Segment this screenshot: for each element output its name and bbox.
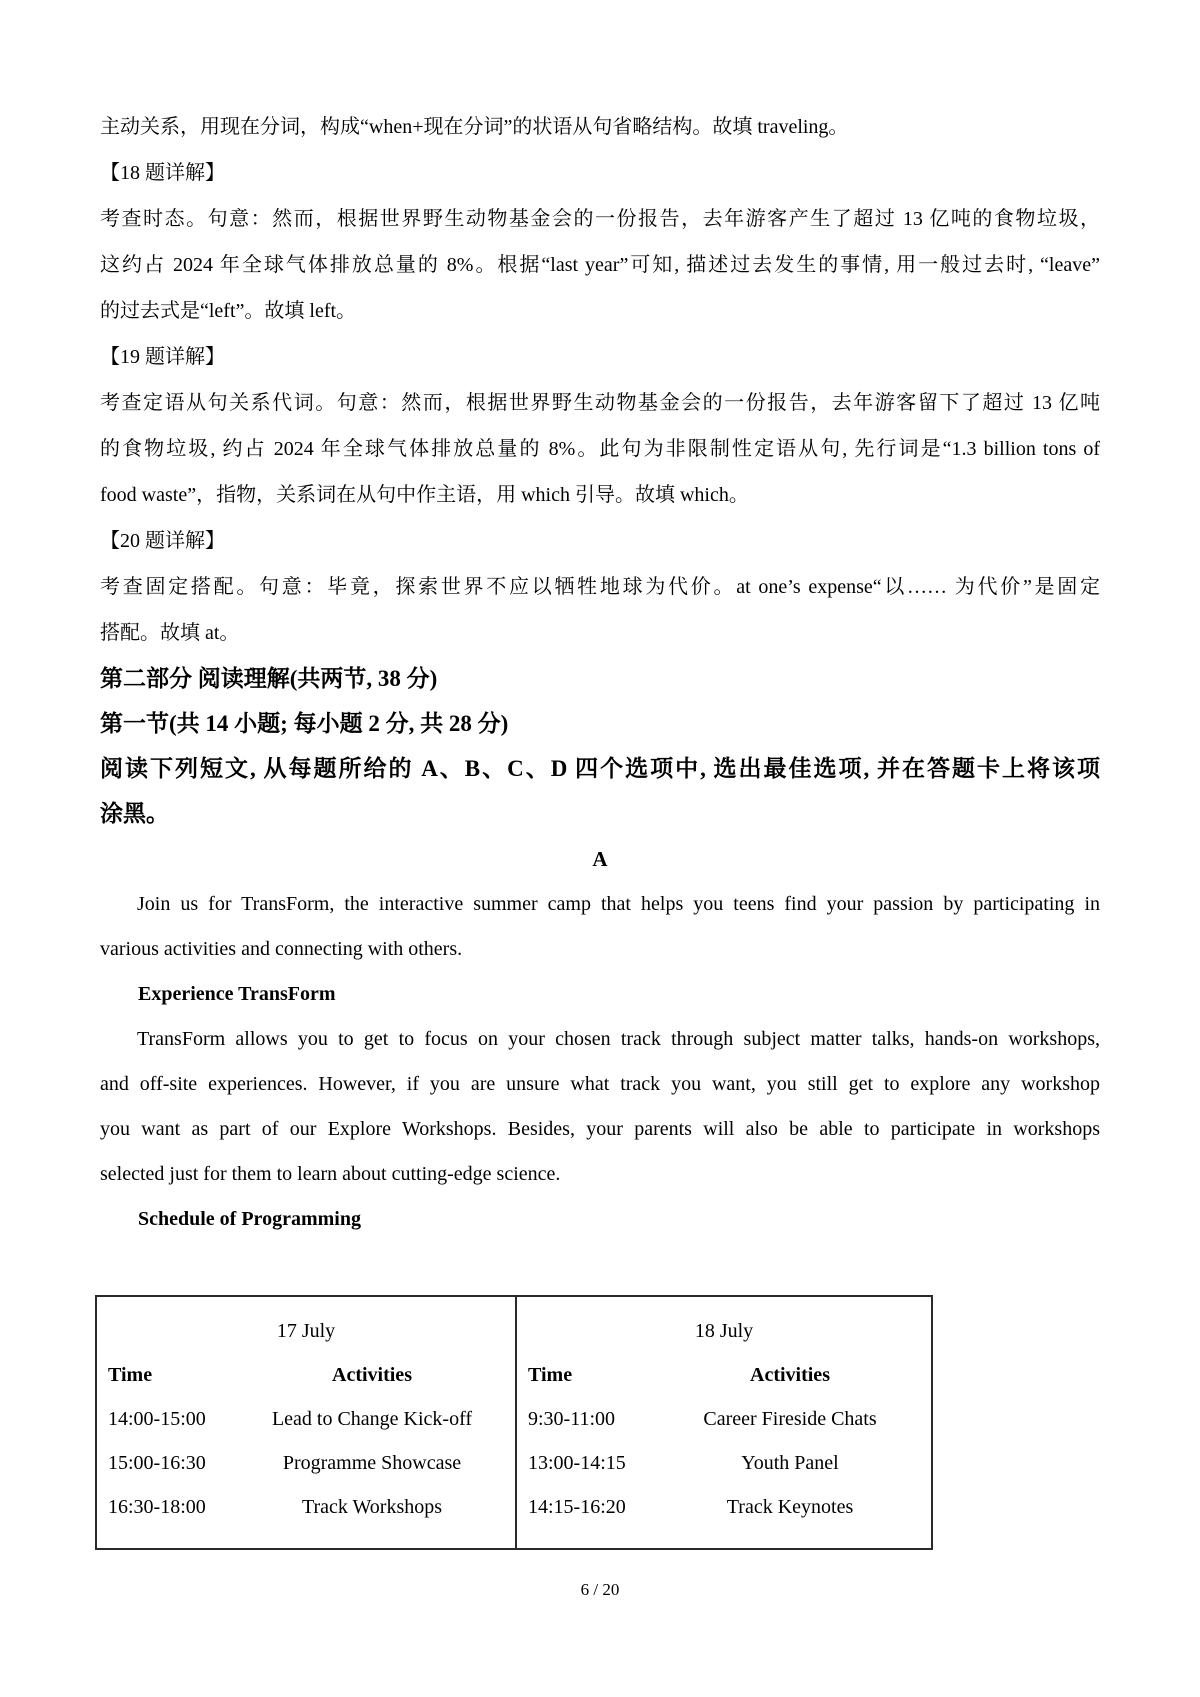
text-line: 这约占 2024 年全球气体排放总量的 8%。根据“last year”可知, … [100, 242, 1100, 288]
section-2-heading: 第二部分 阅读理解(共两节, 38 分) [100, 656, 1100, 701]
question-18-heading: 【18 题详解】 [100, 150, 1100, 196]
schedule-column-17-july: 17 July Time Activities 14:00-15:00 Lead… [97, 1297, 517, 1548]
table-row: 14:15-16:20 Track Keynotes [517, 1485, 931, 1529]
section-2-part-1-heading: 第一节(共 14 小题; 每小题 2 分, 共 28 分) [100, 701, 1100, 746]
question-20-heading: 【20 题详解】 [100, 518, 1100, 564]
schedule-column-18-july: 18 July Time Activities 9:30-11:00 Caree… [517, 1297, 931, 1548]
time-cell: 9:30-11:00 [517, 1397, 649, 1441]
activity-cell: Lead to Change Kick-off [229, 1397, 515, 1441]
table-row: 16:30-18:00 Track Workshops [97, 1485, 515, 1529]
passage-line: various activities and connecting with o… [100, 927, 1100, 972]
activity-cell: Programme Showcase [229, 1441, 515, 1485]
text-line: 考查固定搭配。句意：毕竟，探索世界不应以牺牲地球为代价。at one’s exp… [100, 564, 1100, 610]
date-header: 18 July [517, 1309, 931, 1353]
table-header-row: Time Activities [97, 1353, 515, 1397]
time-cell: 15:00-16:30 [97, 1441, 229, 1485]
passage-line: and off-site experiences. However, if yo… [100, 1062, 1100, 1107]
table-header-row: Time Activities [517, 1353, 931, 1397]
passage-line: selected just for them to learn about cu… [100, 1152, 1100, 1197]
question-19-heading: 【19 题详解】 [100, 334, 1100, 380]
table-row: 15:00-16:30 Programme Showcase [97, 1441, 515, 1485]
table-row: 9:30-11:00 Career Fireside Chats [517, 1397, 931, 1441]
activity-cell: Career Fireside Chats [649, 1397, 931, 1441]
text-line: 考查定语从句关系代词。句意：然而，根据世界野生动物基金会的一份报告，去年游客留下… [100, 380, 1100, 426]
passage-line: you want as part of our Explore Workshop… [100, 1107, 1100, 1152]
page-number: 6 / 20 [100, 1579, 1100, 1601]
activities-column-header: Activities [229, 1353, 515, 1397]
time-cell: 14:15-16:20 [517, 1485, 649, 1529]
text-line: 搭配。故填 at。 [100, 610, 1100, 656]
passage-a-label: A [100, 836, 1100, 882]
text-line: 的食物垃圾, 约占 2024 年全球气体排放总量的 8%。此句为非限制性定语从句… [100, 426, 1100, 472]
passage-line: Join us for TransForm, the interactive s… [100, 882, 1100, 927]
experience-transform-subhead: Experience TransForm [100, 972, 1100, 1017]
table-row: 13:00-14:15 Youth Panel [517, 1441, 931, 1485]
schedule-table: 17 July Time Activities 14:00-15:00 Lead… [95, 1295, 933, 1550]
instructions-line: 阅读下列短文, 从每题所给的 A、B、C、D 四个选项中, 选出最佳选项, 并在… [100, 746, 1100, 791]
time-cell: 16:30-18:00 [97, 1485, 229, 1529]
date-header: 17 July [97, 1309, 515, 1353]
time-cell: 14:00-15:00 [97, 1397, 229, 1441]
passage-line: TransForm allows you to get to focus on … [100, 1017, 1100, 1062]
activity-cell: Youth Panel [649, 1441, 931, 1485]
activity-cell: Track Keynotes [649, 1485, 931, 1529]
text-line: 考查时态。句意：然而，根据世界野生动物基金会的一份报告，去年游客产生了超过 13… [100, 196, 1100, 242]
activities-column-header: Activities [649, 1353, 931, 1397]
page-content: 主动关系，用现在分词，构成“when+现在分词”的状语从句省略结构。故填 tra… [0, 0, 1200, 1601]
schedule-subhead: Schedule of Programming [100, 1197, 1100, 1242]
time-column-header: Time [97, 1353, 229, 1397]
table-row: 14:00-15:00 Lead to Change Kick-off [97, 1397, 515, 1441]
exam-answer-page: 主动关系，用现在分词，构成“when+现在分词”的状语从句省略结构。故填 tra… [0, 0, 1200, 1697]
time-column-header: Time [517, 1353, 649, 1397]
text-line: 主动关系，用现在分词，构成“when+现在分词”的状语从句省略结构。故填 tra… [100, 104, 1100, 150]
text-line: food waste”，指物，关系词在从句中作主语，用 which 引导。故填 … [100, 472, 1100, 518]
text-line: 的过去式是“left”。故填 left。 [100, 288, 1100, 334]
time-cell: 13:00-14:15 [517, 1441, 649, 1485]
instructions-line: 涂黑。 [100, 791, 1100, 836]
activity-cell: Track Workshops [229, 1485, 515, 1529]
